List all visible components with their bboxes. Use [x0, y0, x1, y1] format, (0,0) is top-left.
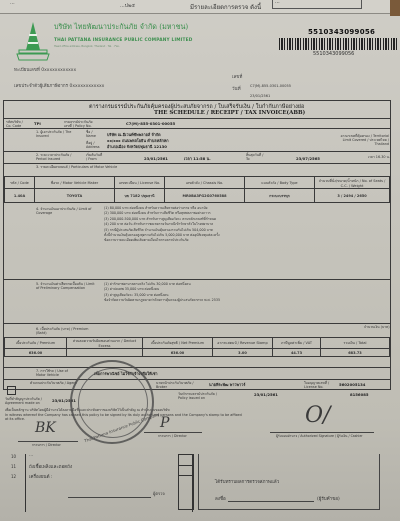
row-text: ...: [29, 453, 33, 458]
from-date: 23/01/2561: [144, 156, 168, 161]
insured-address-line2: อำเภอเมือง จังหวัดปทุมธานี 12130: [107, 144, 167, 150]
director2-signature: P: [160, 415, 169, 431]
vehicle-header-maker: ชื่อรถ / Motor Vehicle Maker: [35, 177, 115, 189]
stamp-value: 3.00: [213, 349, 273, 357]
agent-checkbox: [7, 386, 16, 395]
license-label: ใบอนุญาตเลขที่ / License No.: [304, 381, 336, 389]
compensation-line: (2) ค่าปลงศพ 35,000 บาท ต่อหนึ่งคน: [104, 287, 389, 291]
vat-value: 44.73: [273, 349, 321, 357]
vehicle-row: 1.40A TOYOTA บข 7182 ปทุมธานี MR0BA3FG2G…: [5, 189, 390, 203]
row-number: 12: [11, 474, 16, 479]
premium-item: 6. เบี้ยประกันภัย (บาท) / Premium (Baht): [36, 327, 96, 335]
vehicle-seats: 3 / 2494 / 2650: [315, 189, 390, 203]
period-item: 2. ระยะเวลาประกันภัย / Period Insured: [36, 153, 81, 161]
registration-value: 0xxxxxxxxxxxx: [41, 68, 76, 73]
inspector-label: ผู้ตรวจ: [153, 490, 165, 497]
total-value: 683.73: [321, 349, 390, 357]
vehicle-header-body: แบบตัวถัง / Body Type: [245, 177, 315, 189]
from-time: เวลา 11:58 น.: [184, 156, 211, 162]
policy-no-value: C7(M)-855-0301-00055: [126, 121, 175, 126]
compensation-details: (1) ค่ารักษาพยาบาลตามจริง ไม่เกิน 30,000…: [104, 282, 389, 304]
top-form-strip: ... ...ป๒๕ มีรายละเอียดการตรวจ ดังนี้ ..…: [0, 0, 400, 14]
deduct-value: [67, 349, 143, 357]
barcode: [279, 38, 399, 50]
net-premium-header: เบี้ยประกันภัยสุทธิ / Net Premium: [143, 338, 213, 349]
vehicle-header-code: รหัส / Code: [5, 177, 35, 189]
row-text: ถังเชื้อเพลิงและถอดถัง: [29, 463, 72, 470]
currency-note: จำนวนเงิน (บาท): [364, 325, 390, 329]
compensation-line: (3) ค่าสูญเสียอวัยวะ 35,000 บาท ต่อหนึ่ง…: [104, 293, 389, 297]
director-signature: BK: [35, 420, 56, 436]
broker-label: นายหน้าประกันวินาศภัย / Broker: [156, 381, 201, 389]
territory: อาณาเขตที่คุ้มครอง / Territorial Limit C…: [339, 134, 389, 146]
vehicle-header-seats: จำนวนที่นั่ง/ขนาด/น้ำหนัก / No. of Seats…: [315, 177, 390, 189]
insured-sign-label: (ผู้รับคำขอ): [317, 495, 340, 502]
director-label: กรรมการ / Director: [32, 443, 61, 448]
co-code-label: รหัสบริษัท / Co. Code: [6, 120, 26, 128]
compensation-line: (1) ค่ารักษาพยาบาลตามจริง ไม่เกิน 30,000…: [104, 282, 389, 286]
coverage-line: (5) กรณีผู้ประสบภัยเสียชีวิต จำนวนเงินคุ…: [104, 228, 389, 232]
total-header: รวมเงิน / Total: [321, 338, 390, 349]
vehicle-maker: TOYOTA: [35, 189, 115, 203]
co-code-value: TPI: [34, 121, 41, 126]
top-mid-text: ...ป๒๕: [120, 2, 135, 10]
tax-id: เลขประจำตัวผู้เสียภาษีอากร 0xxxxxxxxxxxx: [14, 82, 104, 89]
receipt-number: 8156085: [350, 392, 369, 397]
insured-item: 1. ผู้เอาประกันภัย / The Insured: [36, 130, 81, 138]
top-input-box: ...: [272, 0, 362, 9]
tax-id-label: เลขประจำตัวผู้เสียภาษีอากร: [14, 84, 68, 89]
inspector-sign-line: [68, 497, 151, 498]
to-label: สิ้นสุดวันที่ / To: [246, 153, 264, 161]
corner-background: [390, 0, 400, 16]
receiver-label: ผู้รับมอบอำนาจ / Authorized Signature / …: [276, 434, 363, 439]
coverage-line: ทั้งนี้จำนวนเงินคุ้มครองสูงสุดรวมกันไม่เ…: [104, 233, 389, 237]
schedule-table: ตารางกรมธรรม์ประกันภัยคุ้มครองผู้ประสบภั…: [3, 100, 391, 390]
company-name-thai: บริษัท ไทยพัฒนาประกันภัย จำกัด (มหาชน): [54, 22, 188, 33]
row-number: 11: [11, 464, 16, 469]
sign-label: ลงชื่อ: [215, 495, 226, 502]
registration-label: ทะเบียนเลขที่: [14, 68, 40, 73]
inspection-form: 10 ... 11 ถังเชื้อเพลิงและถอดถัง 12 เครื…: [3, 452, 395, 517]
license-value: 5602005134: [339, 382, 365, 387]
net-premium-value: 636.00: [143, 349, 213, 357]
top-left-text: ...: [10, 0, 15, 6]
coverage-line: (2) 300,000 บาท ต่อหนึ่งคน สำหรับการเสีย…: [104, 211, 389, 215]
policy-no-label: กรมธรรม์ประกันภัยเลขที่ / Policy No.: [64, 120, 94, 128]
premium-row: 636.00 636.00 3.00 44.73 683.73: [5, 349, 390, 357]
doc-code-value: C7(M)-855-0301-00055: [250, 84, 291, 88]
from-label: เริ่มต้นวันที่ / From: [86, 153, 104, 161]
barcode-number: 5510343099056: [313, 51, 354, 57]
coverage-line: (4) 200 บาท ต่อวัน สำหรับการชดเชยรายวันก…: [104, 222, 389, 226]
premium-header: เบี้ยประกันภัย / Premium: [5, 338, 67, 349]
policy-issued-label: วันทำกรมธรรม์ประกันภัย / Policy issued o…: [178, 392, 223, 400]
vehicle-body: กระบะบรรทุก: [245, 189, 315, 203]
company-logo-icon: [14, 20, 52, 62]
vehicle-header-chassis: เลขตัวถัง / Chassis No.: [165, 177, 245, 189]
row-number: 10: [11, 454, 16, 459]
acknowledge-sign-line: [228, 501, 314, 502]
acknowledge-label: ได้รับทราบผลการตรวจสภาพแล้ว: [215, 478, 279, 485]
address-label: ที่อยู่ / Address: [86, 141, 100, 149]
stamp-header: อากรแสตมป์ / Revenue Stamp: [213, 338, 273, 349]
deduct-header: ส่วนลดความรับผิดชอบส่วนแรก / Deduct Exce…: [67, 338, 143, 349]
policy-issued-date: 23/01/2561: [254, 392, 278, 397]
issued-label: วันที่ทำสัญญาประกันภัย / Agreement made …: [5, 397, 45, 405]
compensation-line: ข้อจำกัดความรับผิดตามกฎหมายว่าด้วยการคุ้…: [104, 298, 389, 302]
tax-id-value: 0xxxxxxxxxxxx: [70, 84, 105, 89]
vehicle-table: รหัส / Code ชื่อรถ / Motor Vehicle Maker…: [4, 176, 390, 203]
document-page: ... ...ป๒๕ มีรายละเอียดการตรวจ ดังนี้ ..…: [0, 0, 400, 521]
coverage-details: (1) 80,000 บาท ต่อหนึ่งคน สำหรับความเสีย…: [104, 206, 389, 244]
policy-number: 5510343099056: [308, 28, 375, 36]
premium-table: เบี้ยประกันภัย / Premium ส่วนลดความรับผิ…: [4, 337, 390, 357]
vehicle-chassis: MR0BA3FG2G0760588: [165, 189, 245, 203]
use-item: 7. การใช้รถ / Use of Motor Vehicle: [36, 369, 76, 377]
premium-value: 636.00: [5, 349, 67, 357]
registration-number: ทะเบียนเลขที่ 0xxxxxxxxxxxx: [14, 66, 76, 73]
cashier-signature: O/: [305, 403, 330, 428]
coverage-line: (1) 80,000 บาท ต่อหนึ่งคน สำหรับความเสีย…: [104, 206, 389, 210]
company-name-english: THAI PATTANA INSURANCE PUBLIC COMPANY LI…: [54, 38, 193, 43]
vehicle-header-license: เลขทะเบียน / License No.: [115, 177, 165, 189]
vehicle-code: 1.40A: [5, 189, 35, 203]
compensation-item: 5. จำนวนเงินค่าเสียหายเบื้องต้น / Limit …: [36, 282, 98, 290]
schedule-title-english: THE SCHEDULE / RECEIPT / TAX INVOICE(ABB…: [154, 110, 305, 116]
name-label: ชื่อ / Name: [86, 130, 98, 138]
coverage-item: 4. จำนวนเงินเอาประกันภัย / Limit of Cove…: [36, 207, 98, 215]
vat-header: ภาษีมูลค่าเพิ่ม / VAT: [273, 338, 321, 349]
inspection-checkbox-column: [178, 454, 194, 510]
row-text: เครื่องยนต์ :: [29, 473, 52, 480]
broker-value: นายพีระพัฒ พาวพาวร์: [209, 382, 245, 388]
to-time: เวลา 16.30 น.: [360, 155, 390, 159]
to-date: 23/07/2565: [296, 156, 320, 161]
coverage-line: ข้อความรายละเอียดเพิ่มเติมตามเงื่อนไขกรม…: [104, 238, 389, 242]
vehicle-item: 3. รายละเอียดรถยนต์ / Particulars of Mot…: [36, 165, 126, 169]
director2-label: กรรมการ / Director: [158, 434, 187, 439]
doc-number-label: เลขที่: [232, 73, 242, 80]
vehicle-license: บข 7182 ปทุมธานี: [115, 189, 165, 203]
coverage-line: (3) 200,000-500,000 บาท สำหรับการสูญเสีย…: [104, 217, 389, 221]
top-right-label: มีรายละเอียดการตรวจ ดังนี้: [190, 2, 261, 12]
doc-date-value: 23/01/2561: [250, 94, 270, 98]
doc-date-label: วันที่: [232, 85, 241, 92]
company-address: Head office address, Bangkok, Thailand ·…: [54, 45, 209, 49]
